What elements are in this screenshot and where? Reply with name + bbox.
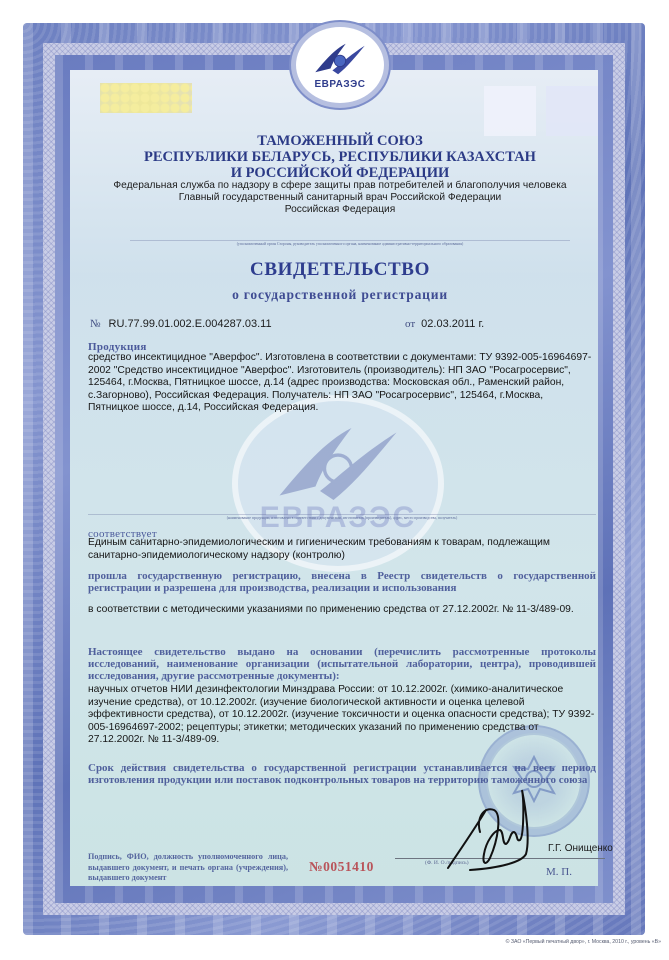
registration-statement: прошла государственную регистрацию, внес…	[88, 570, 596, 594]
header-line-1: ТАМОЖЕННЫЙ СОЮЗ	[90, 133, 590, 149]
registration-date-value: 02.03.2011 г.	[421, 318, 484, 330]
authority-line-3: Российская Федерация	[80, 204, 600, 217]
form-serial-number: №0051410	[309, 859, 374, 875]
basis-label: Настоящее свидетельство выдано на основа…	[88, 646, 596, 683]
date-prefix: от	[405, 318, 415, 330]
authority-line-1: Федеральная служба по надзору в сфере за…	[80, 180, 600, 193]
authority-caption: (уполномоченный орган Стороны, руководит…	[130, 240, 570, 246]
basis-text: научных отчетов НИИ дезинфектологии Минз…	[88, 684, 596, 747]
document-title: СВИДЕТЕЛЬСТВО	[90, 259, 590, 281]
registration-number-value: RU.77.99.01.002.E.004287.03.11	[109, 318, 272, 330]
conformity-text: Единым санитарно-эпидемиологическим и ги…	[88, 537, 596, 562]
number-sign: №	[90, 318, 101, 330]
product-description: средство инсектицидное "Аверфос". Изгото…	[88, 352, 596, 415]
registration-details: в соответствии с методическими указаниям…	[88, 604, 596, 617]
registration-number: №RU.77.99.01.002.E.004287.03.11	[90, 318, 272, 330]
authority-line-2: Главный государственный санитарный врач …	[80, 192, 600, 205]
printer-note: © ЗАО «Первый печатный двор», г. Москва,…	[506, 939, 661, 945]
handwritten-signature-icon	[440, 780, 560, 872]
header-line-3: И РОССИЙСКОЙ ФЕДЕРАЦИИ	[90, 165, 590, 181]
document-subtitle: о государственной регистрации	[90, 287, 590, 303]
product-caption: (наименование продукции, изготовлена в с…	[88, 514, 596, 520]
registration-date: от02.03.2011 г.	[405, 318, 484, 330]
signature-caption: Подпись, ФИО, должность уполномоченного …	[88, 852, 288, 884]
header-line-2: РЕСПУБЛИКИ БЕЛАРУСЬ, РЕСПУБЛИКИ КАЗАХСТА…	[90, 149, 590, 165]
